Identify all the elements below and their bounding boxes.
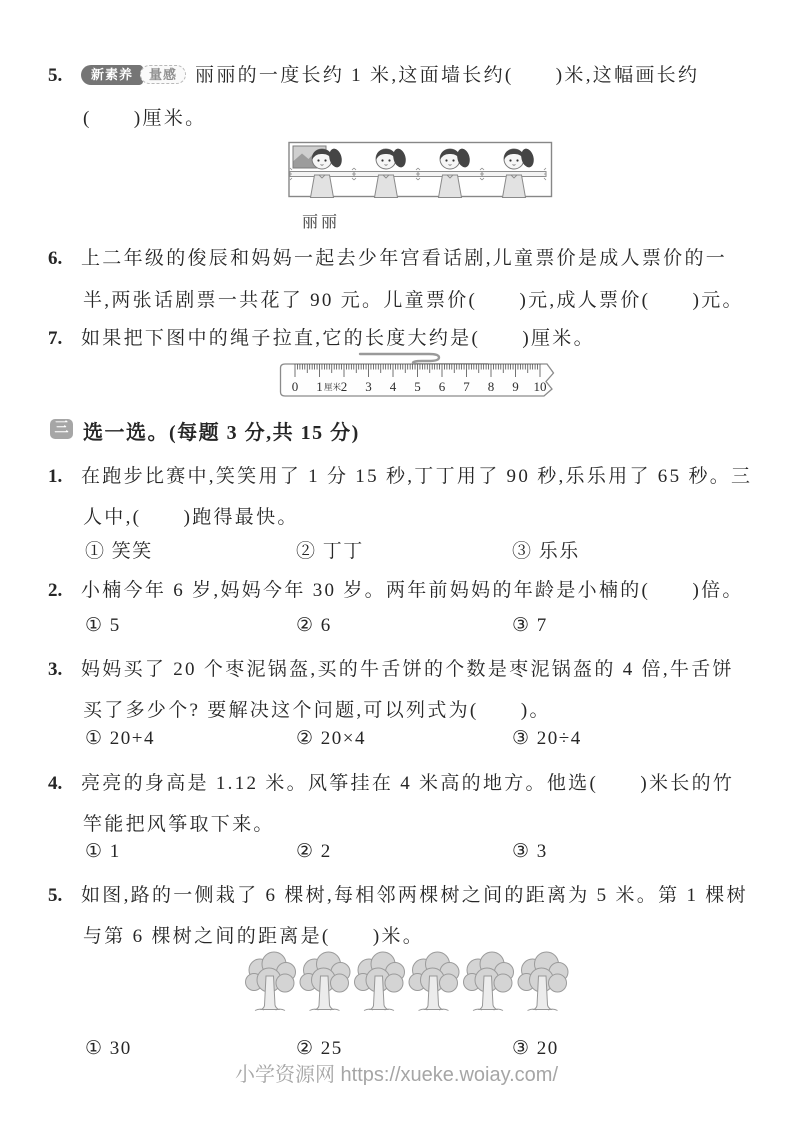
q6-text1: 上二年级的俊辰和妈妈一起去少年宫看话剧,儿童票价是成人票价的一	[81, 248, 727, 269]
footer-watermark: 小学资源网 https://xueke.woiay.com/	[0, 1058, 793, 1087]
c3-line2: 买了多少个? 要解决这个问题,可以列式为( )。	[83, 695, 551, 722]
q7-number: 7.	[48, 328, 81, 350]
c4-line2: 竿能把风筝取下来。	[83, 809, 275, 836]
trees-illustration	[243, 950, 573, 1014]
c2-number: 2.	[48, 580, 81, 602]
c4-option-1: ① 1	[85, 840, 121, 863]
c4-option-2: ② 2	[296, 840, 332, 863]
svg-text:4: 4	[390, 379, 397, 394]
c4-option-3: ③ 3	[512, 840, 548, 863]
c1-text2: 人中,( )跑得最快。	[83, 507, 299, 528]
c2-line1: 2.小楠今年 6 岁,妈妈今年 30 岁。两年前妈妈的年龄是小楠的( )倍。	[48, 575, 744, 602]
c2-text1: 小楠今年 6 岁,妈妈今年 30 岁。两年前妈妈的年龄是小楠的( )倍。	[81, 580, 744, 601]
rope-icon	[360, 354, 488, 364]
q5-line2: ( )厘米。	[83, 103, 206, 130]
section-title: 选一选。(每题 3 分,共 15 分)	[83, 416, 360, 445]
c4-number: 4.	[48, 773, 81, 795]
section-three-icon: 三	[50, 419, 73, 439]
ruler-svg: 012345678910 厘米	[278, 350, 568, 400]
c5-line1: 5.如图,路的一侧栽了 6 棵树,每相邻两棵树之间的距离为 5 米。第 1 棵树	[48, 880, 748, 907]
svg-text:5: 5	[414, 379, 421, 394]
q7-text1: 如果把下图中的绳子拉直,它的长度大约是( )厘米。	[81, 328, 595, 349]
c5-option-3: ③ 20	[512, 1037, 559, 1060]
c4-line1: 4.亮亮的身高是 1.12 米。风筝挂在 4 米高的地方。他选( )米长的竹	[48, 768, 734, 795]
q6-number: 6.	[48, 248, 81, 270]
c3-option-2: ② 20×4	[296, 727, 366, 750]
svg-text:0: 0	[292, 379, 299, 394]
c3-text1: 妈妈买了 20 个枣泥锅盔,买的牛舌饼的个数是枣泥锅盔的 4 倍,牛舌饼	[81, 659, 734, 680]
c4-text2: 竿能把风筝取下来。	[83, 814, 275, 835]
svg-text:10: 10	[534, 379, 547, 394]
c2-option-3: ③ 7	[512, 614, 548, 637]
svg-text:7: 7	[463, 379, 470, 394]
c1-line1: 1.在跑步比赛中,笑笑用了 1 分 15 秒,丁丁用了 90 秒,乐乐用了 65…	[48, 461, 752, 488]
c2-option-2: ② 6	[296, 614, 332, 637]
q6-line1: 6.上二年级的俊辰和妈妈一起去少年宫看话剧,儿童票价是成人票价的一	[48, 243, 727, 270]
wall-svg	[288, 140, 553, 204]
c5-text1: 如图,路的一侧栽了 6 棵树,每相邻两棵树之间的距离为 5 米。第 1 棵树	[81, 885, 748, 906]
c3-text2: 买了多少个? 要解决这个问题,可以列式为( )。	[83, 700, 551, 721]
c1-number: 1.	[48, 466, 81, 488]
c5-number: 5.	[48, 885, 81, 907]
c3-option-1: ① 20+4	[85, 727, 155, 750]
trees-svg	[243, 950, 573, 1014]
c1-option-2: ② 丁丁	[296, 536, 364, 563]
q5-text2: ( )厘米。	[83, 108, 206, 129]
q6-text2: 半,两张话剧票一共花了 90 元。儿童票价( )元,成人票价( )元。	[83, 290, 744, 311]
svg-text:9: 9	[512, 379, 519, 394]
svg-text:6: 6	[439, 379, 446, 394]
new-suyang-badge: 新素养	[81, 65, 143, 85]
c5-line2: 与第 6 棵树之间的距离是( )米。	[83, 921, 424, 948]
c1-option-3: ③ 乐乐	[512, 536, 580, 563]
q5-line1: 5.新素养量感丽丽的一度长约 1 米,这面墙长约( )米,这幅画长约	[48, 60, 699, 87]
c1-line2: 人中,( )跑得最快。	[83, 502, 299, 529]
c1-option-1: ① 笑笑	[85, 536, 153, 563]
c3-line1: 3.妈妈买了 20 个枣泥锅盔,买的牛舌饼的个数是枣泥锅盔的 4 倍,牛舌饼	[48, 654, 734, 681]
c5-option-2: ② 25	[296, 1037, 343, 1060]
girl-name-label: 丽丽	[302, 209, 340, 232]
svg-text:1: 1	[316, 379, 323, 394]
svg-text:8: 8	[488, 379, 495, 394]
section-score-note: (每题 3 分,共 15 分)	[169, 422, 360, 444]
q6-line2: 半,两张话剧票一共花了 90 元。儿童票价( )元,成人票价( )元。	[83, 285, 744, 312]
trees-group	[246, 952, 569, 1011]
worksheet-page: 5.新素养量感丽丽的一度长约 1 米,这面墙长约( )米,这幅画长约 ( )厘米…	[0, 0, 793, 1122]
c5-text2: 与第 6 棵树之间的距离是( )米。	[83, 926, 424, 947]
svg-text:3: 3	[365, 379, 372, 394]
c2-option-1: ① 5	[85, 614, 121, 637]
c5-option-1: ① 30	[85, 1037, 132, 1060]
q5-number: 5.	[48, 65, 81, 87]
c4-text1: 亮亮的身高是 1.12 米。风筝挂在 4 米高的地方。他选( )米长的竹	[81, 773, 734, 794]
lianggan-badge: 量感	[140, 65, 186, 84]
q7-line1: 7.如果把下图中的绳子拉直,它的长度大约是( )厘米。	[48, 323, 595, 350]
c3-option-3: ③ 20÷4	[512, 727, 582, 750]
section-title-text: 选一选。	[83, 422, 169, 444]
c3-number: 3.	[48, 659, 81, 681]
wall-illustration	[288, 140, 553, 204]
ruler-unit-label: 厘米	[324, 382, 342, 392]
svg-text:2: 2	[341, 379, 348, 394]
q5-text1: 丽丽的一度长约 1 米,这面墙长约( )米,这幅画长约	[195, 65, 699, 86]
ruler-illustration: 012345678910 厘米	[278, 350, 568, 400]
c1-text1: 在跑步比赛中,笑笑用了 1 分 15 秒,丁丁用了 90 秒,乐乐用了 65 秒…	[81, 466, 752, 487]
